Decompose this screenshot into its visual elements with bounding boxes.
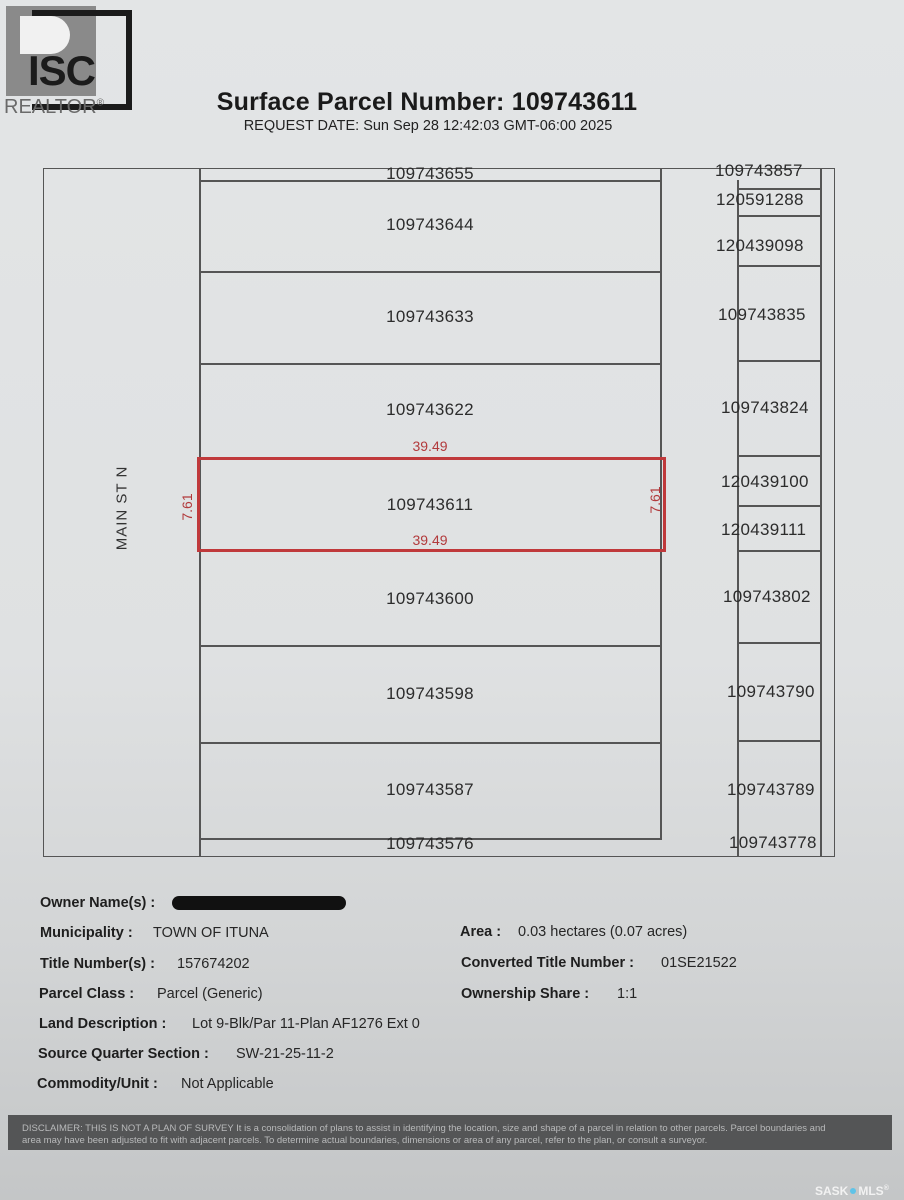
center-parcel-boundary — [199, 645, 660, 647]
commodity-label: Commodity/Unit : — [37, 1076, 158, 1092]
land-description-value: Lot 9-Blk/Par 11-Plan AF1276 Ext 0 — [192, 1016, 420, 1032]
disclaimer-line-2: area may have been adjusted to fit with … — [22, 1135, 878, 1147]
right-column-right-boundary — [820, 168, 822, 857]
adjacent-parcel-label[interactable]: 120439100 — [721, 472, 809, 492]
request-date: REQUEST DATE: Sun Sep 28 12:42:03 GMT-06… — [0, 118, 856, 134]
adjacent-parcel-label[interactable]: 109743835 — [718, 305, 806, 325]
ownership-share-label: Ownership Share : — [461, 986, 589, 1002]
right-parcel-boundary — [737, 642, 820, 644]
commodity-value: Not Applicable — [181, 1076, 274, 1092]
owner-label: Owner Name(s) : — [40, 895, 155, 911]
parcel-label[interactable]: 109743633 — [386, 307, 474, 327]
sask-mls-watermark: SASKMLS® — [815, 1184, 889, 1198]
page-title: Surface Parcel Number: 109743611 — [0, 88, 854, 117]
adjacent-parcel-label[interactable]: 120439111 — [721, 520, 806, 540]
title-number-label: Title Number(s) : — [40, 956, 155, 972]
area-label: Area : — [460, 924, 501, 940]
adjacent-parcel-label[interactable]: 109743802 — [723, 587, 811, 607]
converted-title-value: 01SE21522 — [661, 955, 737, 971]
right-column-left-boundary — [737, 180, 739, 856]
road-label: MAIN ST N — [114, 466, 131, 551]
mls-dot-icon — [850, 1188, 856, 1194]
adjacent-parcel-label[interactable]: 109743857 — [715, 161, 803, 181]
parcel-label[interactable]: 109743576 — [386, 834, 474, 854]
dimension-left: 7.61 — [179, 493, 195, 520]
right-parcel-boundary — [737, 455, 820, 457]
disclaimer-line-1: DISCLAIMER: THIS IS NOT A PLAN OF SURVEY… — [22, 1123, 878, 1135]
right-parcel-boundary — [737, 550, 820, 552]
parcel-label[interactable]: 109743622 — [386, 400, 474, 420]
parcel-class-label: Parcel Class : — [39, 986, 134, 1002]
center-parcel-boundary — [199, 742, 660, 744]
converted-title-label: Converted Title Number : — [461, 955, 634, 971]
right-parcel-boundary — [737, 360, 820, 362]
area-value: 0.03 hectares (0.07 acres) — [518, 924, 687, 940]
dimension-bottom: 39.49 — [412, 532, 447, 548]
owner-name-redaction — [172, 896, 346, 910]
dimension-right: 7.61 — [647, 486, 663, 513]
parcel-label[interactable]: 109743600 — [386, 589, 474, 609]
municipality-value: TOWN OF ITUNA — [153, 925, 269, 941]
source-quarter-label: Source Quarter Section : — [38, 1046, 209, 1062]
parcel-label[interactable]: 109743655 — [386, 164, 474, 184]
right-parcel-boundary — [737, 505, 820, 507]
right-parcel-boundary — [737, 265, 820, 267]
parcel-label[interactable]: 109743644 — [386, 215, 474, 235]
disclaimer-banner: DISCLAIMER: THIS IS NOT A PLAN OF SURVEY… — [8, 1115, 892, 1150]
title-number-value: 157674202 — [177, 956, 250, 972]
center-parcel-boundary — [199, 271, 660, 273]
adjacent-parcel-label[interactable]: 109743824 — [721, 398, 809, 418]
logo-mark: ISC — [28, 50, 95, 92]
adjacent-parcel-label[interactable]: 109743778 — [729, 833, 817, 853]
land-description-label: Land Description : — [39, 1016, 166, 1032]
adjacent-parcel-label[interactable]: 109743789 — [727, 780, 815, 800]
adjacent-parcel-label[interactable]: 120439098 — [716, 236, 804, 256]
center-parcel-boundary — [199, 363, 660, 365]
ownership-share-value: 1:1 — [617, 986, 637, 1002]
dimension-top: 39.49 — [412, 438, 447, 454]
municipality-label: Municipality : — [40, 925, 133, 941]
right-parcel-boundary — [737, 740, 820, 742]
parcel-label[interactable]: 109743587 — [386, 780, 474, 800]
right-parcel-boundary — [737, 215, 820, 217]
parcel-class-value: Parcel (Generic) — [157, 986, 263, 1002]
adjacent-parcel-label[interactable]: 120591288 — [716, 190, 804, 210]
adjacent-parcel-label[interactable]: 109743790 — [727, 682, 815, 702]
parcel-label[interactable]: 109743598 — [386, 684, 474, 704]
source-quarter-value: SW-21-25-11-2 — [236, 1046, 334, 1062]
